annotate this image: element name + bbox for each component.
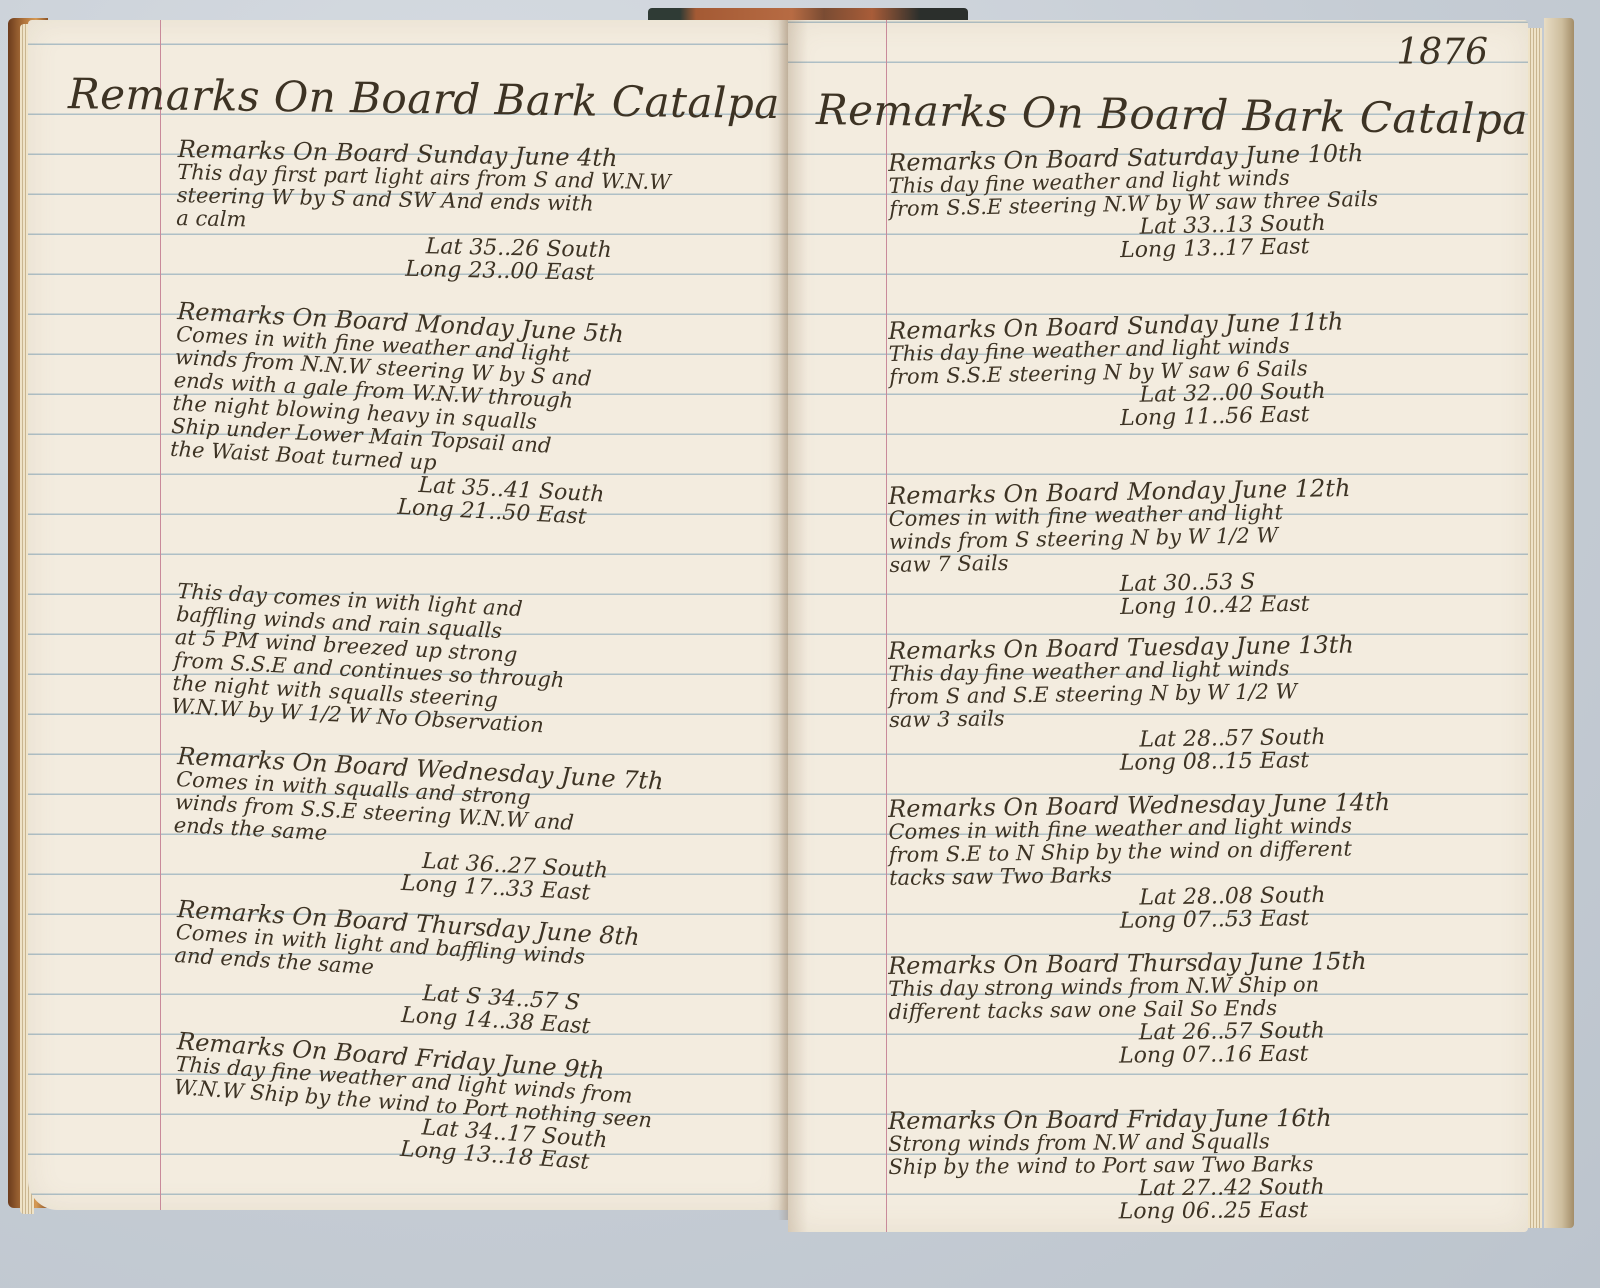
log-entry: Remarks On Board Sunday June 11th This d… <box>888 310 1345 435</box>
page-edges-right <box>1528 28 1542 1228</box>
log-entry: Remarks On Board Monday June 12th Comes … <box>888 477 1353 623</box>
open-logbook: Remarks On Board Bark Catalpa 1876 Remar… <box>8 8 1588 1270</box>
log-entry: Remarks On Board Sunday June 4th This da… <box>175 138 671 286</box>
page-heading: Remarks On Board Bark Catalpa 1876 <box>68 69 788 130</box>
longitude: Long 06..25 East <box>889 1199 1333 1225</box>
log-entry: Remarks On Board Thursday June 15th This… <box>888 950 1368 1070</box>
log-entry: Remarks On Board Saturday June 10th This… <box>888 142 1379 267</box>
book-cover-right <box>1544 18 1574 1228</box>
longitude: Long 07..16 East <box>889 1042 1368 1070</box>
margin-line <box>160 20 161 1210</box>
log-entry: Remarks On Board Monday June 5th Comes i… <box>167 300 624 530</box>
right-page: 1876 Remarks On Board Bark Catalpa Remar… <box>788 20 1528 1232</box>
page-year: 1876 <box>1396 32 1488 73</box>
left-page: Remarks On Board Bark Catalpa 1876 Remar… <box>28 20 788 1210</box>
log-entry: Remarks On Board Friday June 16th Strong… <box>888 1107 1332 1225</box>
page-heading: Remarks On Board Bark Catalpa <box>816 85 1528 144</box>
log-entry: This day comes in with light and bafflin… <box>171 580 569 738</box>
log-entry: Remarks On Board Tuesday June 13th This … <box>888 633 1356 777</box>
log-entry: Remarks On Board Thursday June 8th Comes… <box>171 898 640 1041</box>
log-entry: Remarks On Board Friday June 9th This da… <box>170 1030 656 1178</box>
margin-line <box>886 20 887 1232</box>
log-entry: Remarks On Board Wednesday June 7th Come… <box>171 745 664 908</box>
log-entry: Remarks On Board Wednesday June 14th Com… <box>888 791 1392 936</box>
